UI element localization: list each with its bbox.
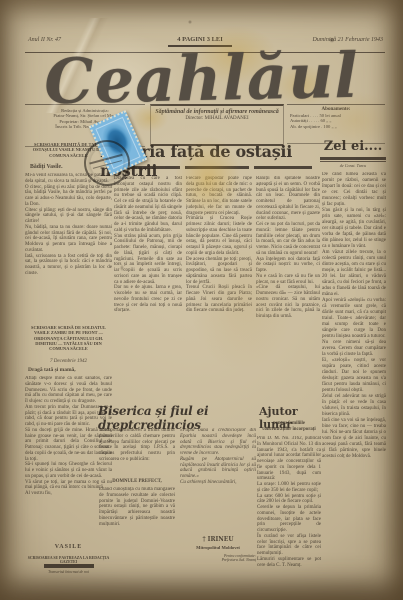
biserica-conformity: Pentru conformitate: Prefectura Jud. Nea… bbox=[196, 554, 256, 562]
issue-number: Anul II Nr. 47 bbox=[28, 37, 61, 43]
biserica-body-a: Luând cunoștință cu multă mângâiere de f… bbox=[99, 487, 175, 563]
paper-crease bbox=[0, 18, 150, 113]
price-underline bbox=[168, 45, 232, 47]
biserica-signature: † IRINEU bbox=[180, 536, 256, 543]
main-article-col-1: Dragostea cu care a fost înconjurat osta… bbox=[114, 176, 182, 400]
main-article-col-3: Răniții din spitalele noastre așteaptă ș… bbox=[256, 176, 320, 400]
newspaper-page: Anul II Nr. 47 4 PAGINI 3 LEI Duminică 2… bbox=[0, 0, 403, 600]
letter-mid-header: SCRISOARE SCRISĂ DE SOLDATUL VASILE ZAMB… bbox=[25, 325, 112, 357]
biserica-body-b: «Fapta bună a credincioșilor din Eparhia… bbox=[180, 428, 256, 532]
biserica-signature-title: Mitropolitul Moldovei bbox=[180, 545, 256, 550]
biserica-intro: Mitropolia Moldovei a trimis tuturor pro… bbox=[99, 428, 175, 476]
headline-underline-3 bbox=[254, 166, 312, 169]
main-article-col-2: Fiecare gospodar poate rupe dela gura lu… bbox=[186, 176, 252, 400]
director-line: Director: MIHAIL AVADANEI bbox=[151, 116, 283, 121]
zel-rule-thick bbox=[320, 157, 386, 160]
ajutor-subhead: pentru familiile concentraților încorpor… bbox=[257, 421, 321, 433]
headline-underline-2 bbox=[185, 166, 249, 169]
letter-body-1: Mi-a venit scrisoarea ta, scrisă pe patu… bbox=[25, 173, 112, 321]
subscriptions-heading: Abonamente: bbox=[287, 105, 385, 112]
ajutor-body: Prin D. M. No. 3162, publicat în Monitor… bbox=[257, 436, 321, 582]
zel-article-body: De când lumea aceasta s'a pornit pe răzb… bbox=[322, 172, 386, 586]
zel-headline: Zel ei.... bbox=[318, 139, 388, 154]
letter-salutation-2: Dragă tată și mamă, bbox=[28, 367, 76, 373]
letter-date: 7 Decembrie 1942 bbox=[25, 359, 112, 364]
subscriptions-rates: Particulari . . . . 50 lei anual Autorit… bbox=[287, 112, 385, 130]
price-line: 4 PAGINI 3 LEI bbox=[150, 36, 250, 43]
biserica-subhead: DOMNULE PREFECT, bbox=[99, 479, 175, 484]
zel-byline: de Const. Turcu bbox=[320, 163, 386, 168]
letter-salutation: Bădiți Vasile. bbox=[30, 164, 63, 170]
newspaper-subtitle: Săptămânal de informații și afirmare rom… bbox=[151, 106, 283, 116]
zel-rule-thin bbox=[320, 161, 386, 162]
letter-footer-bar bbox=[44, 564, 94, 568]
issue-date: Duminică 21 Februarie 1943 bbox=[313, 37, 384, 43]
letter-footer-note: Transcrisă întocmai de noi bbox=[25, 570, 112, 574]
top-rule bbox=[25, 52, 385, 53]
